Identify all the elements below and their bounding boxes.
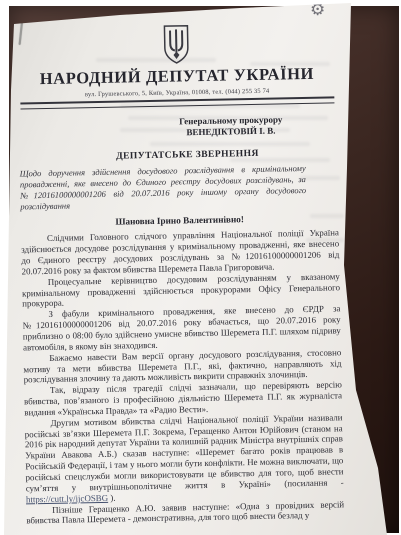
document-link[interactable]: https://cutt.ly/ijcOSBG xyxy=(26,492,108,504)
document-title: ДЕПУТАТСЬКЕ ЗВЕРНЕННЯ xyxy=(19,146,337,163)
letter-body: Слідчими Головного слідчого управління Н… xyxy=(21,228,345,527)
trident-emblem xyxy=(161,24,192,65)
subject-block: Щодо доручення здійснення досудового роз… xyxy=(20,163,307,213)
salutation: Шановна Ірино Валентинівно! xyxy=(21,213,339,229)
photo-frame: ⚙ НАРОДНИЙ ДЕПУТАТ УКРАЇНИ вул. Грушевсь… xyxy=(0,0,401,535)
paragraph-with-link: Другим мотивом вбивства слідчі Національ… xyxy=(24,412,344,505)
paragraph-text: Другим мотивом вбивства слідчі Національ… xyxy=(25,412,344,493)
paragraph: З фабули кримінального провадження, яке … xyxy=(22,304,341,353)
addressee-name: ВЕНЕДІКТОВІЙ І. В. xyxy=(149,125,313,139)
addressee-block: Генеральному прокурору ВЕНЕДІКТОВІЙ І. В… xyxy=(149,114,313,139)
letter-paper: ⚙ НАРОДНИЙ ДЕПУТАТ УКРАЇНИ вул. Грушевсь… xyxy=(0,0,401,535)
letter-content: НАРОДНИЙ ДЕПУТАТ УКРАЇНИ вул. Грушевсько… xyxy=(17,7,345,526)
paragraph-text: ). xyxy=(108,492,116,502)
paragraph: Слідчими Головного слідчого управління Н… xyxy=(21,228,340,277)
org-name: НАРОДНИЙ ДЕПУТАТ УКРАЇНИ xyxy=(18,63,336,89)
